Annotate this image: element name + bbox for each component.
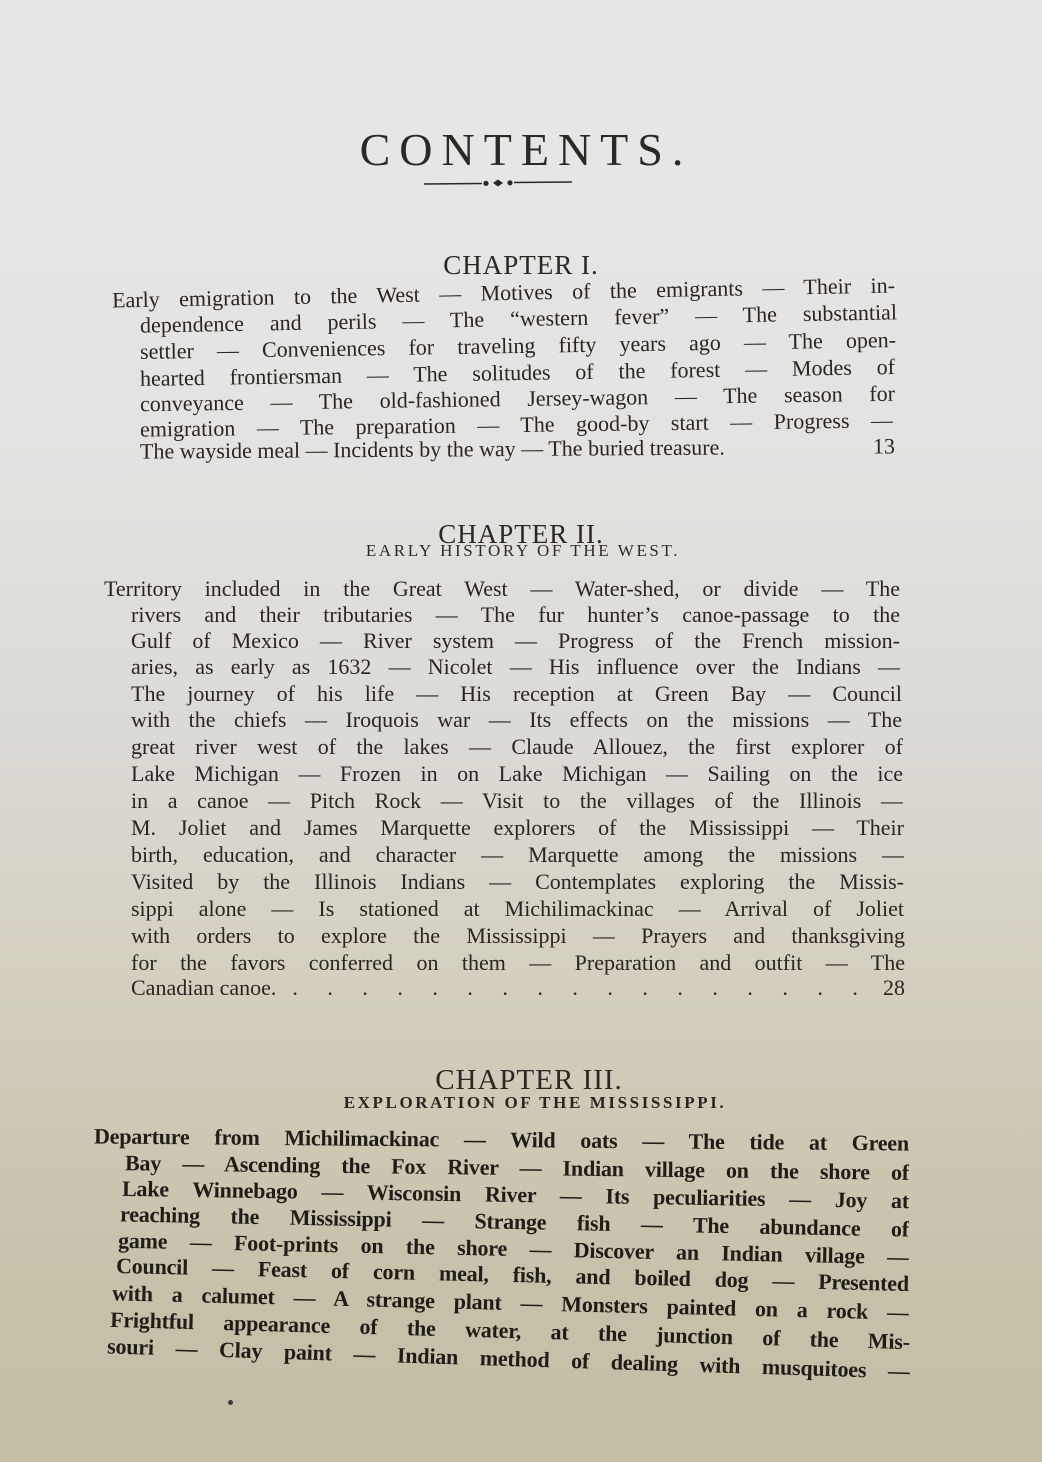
leader-dots: . . . . . . . . . . . . . . . . . [292,975,869,1001]
toc-line: for the favors conferred on them — Prepa… [131,950,905,976]
toc-line: with the chiefs — Iroquois war — Its eff… [131,707,902,733]
toc-line: with orders to explore the Mississippi —… [131,923,905,949]
page-title: CONTENTS. [0,123,1042,176]
ink-speck [228,1400,233,1405]
page-number[interactable]: 13 [873,433,895,459]
toc-line: The wayside meal — Incidents by the way … [140,434,859,465]
toc-line: birth, education, and character — Marque… [131,842,904,868]
chapter-subtitle: EXPLORATION OF THE MISSISSIPPI. [0,1093,1042,1113]
toc-line: sippi alone — Is stationed at Michilimac… [131,896,904,922]
toc-line: M. Joliet and James Marquette explorers … [131,815,904,841]
toc-line: Territory included in the Great West — W… [104,576,900,602]
book-page: CONTENTS. CHAPTER I. Early emigration to… [0,0,1042,1462]
toc-line: The journey of his life — His reception … [131,681,902,707]
toc-line: Lake Michigan — Frozen in on Lake Michig… [131,761,903,787]
toc-entry-last-line: Canadian canoe. . . . . . . . . . . . . … [131,975,905,1001]
chapter-subtitle: EARLY HISTORY OF THE WEST. [0,541,1042,561]
toc-line: Visited by the Illinois Indians — Contem… [131,869,904,895]
page-number[interactable]: 28 [883,975,905,1001]
toc-line: great river west of the lakes — Claude A… [131,734,903,760]
toc-line: rivers and their tributaries — The fur h… [131,602,900,628]
decorative-rule-icon [422,176,574,190]
toc-line: in a canoe — Pitch Rock — Visit to the v… [131,788,903,814]
toc-line: Canadian canoe. [131,975,276,1001]
toc-entry-last-line: The wayside meal — Incidents by the way … [140,433,895,464]
toc-line: Gulf of Mexico — River system — Progress… [131,628,900,654]
toc-line: aries, as early as 1632 — Nicolet — His … [131,654,900,680]
